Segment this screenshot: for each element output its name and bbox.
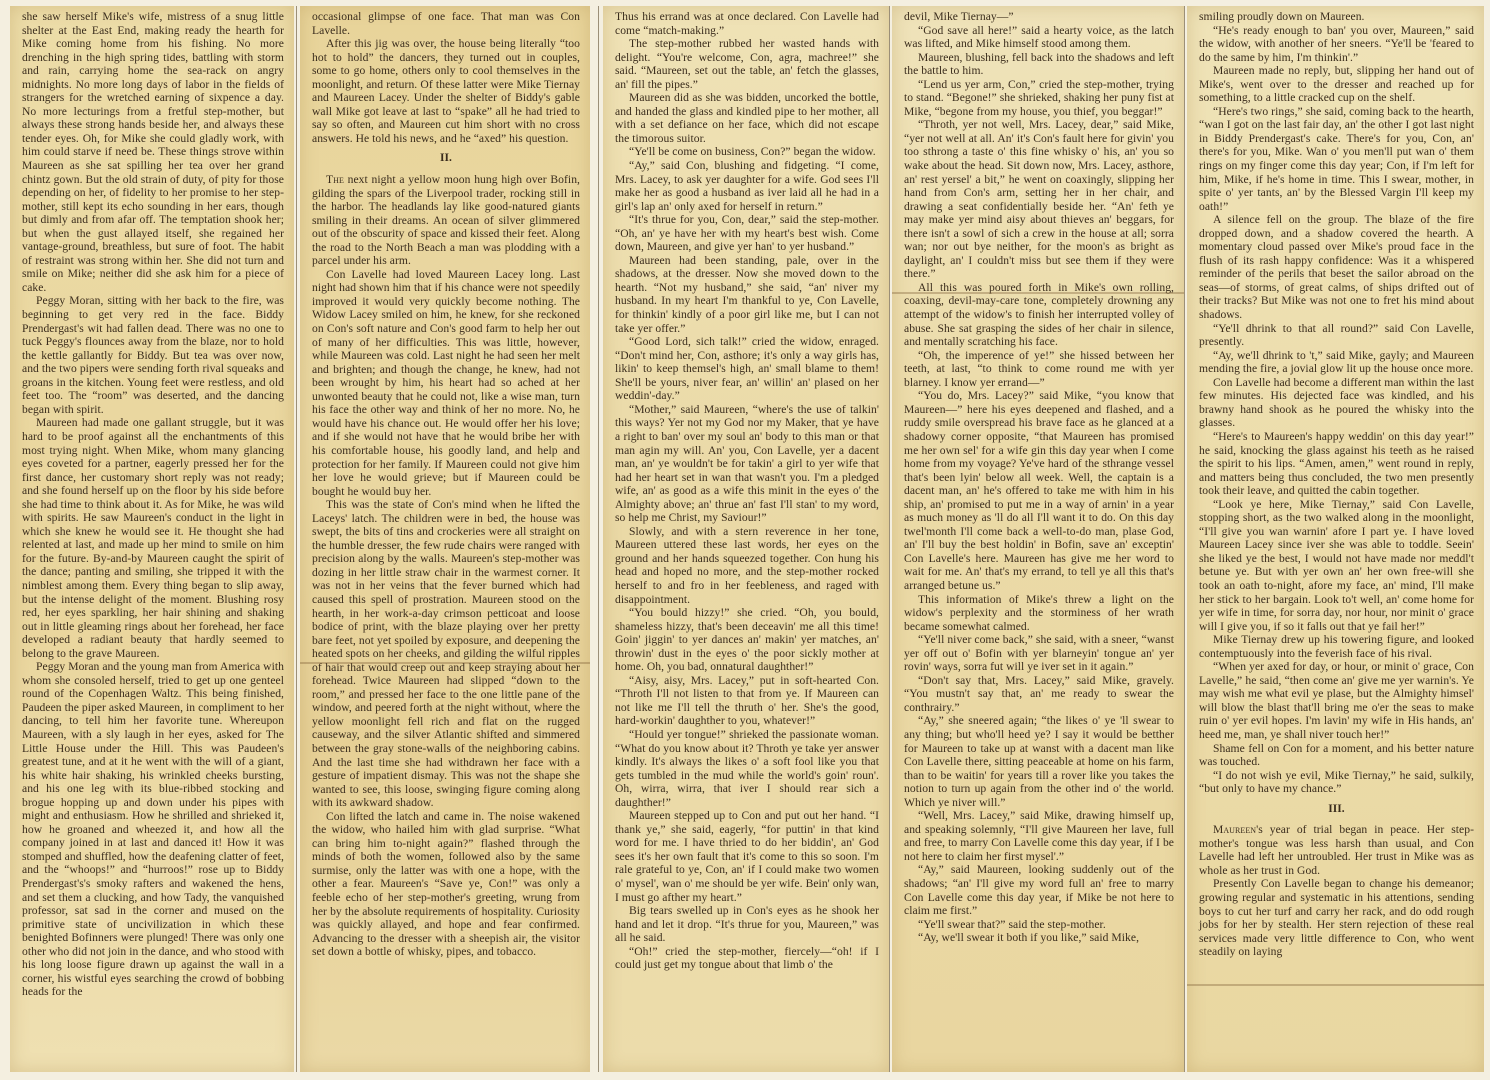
- paragraph: Maureen's year of trial began in peace. …: [1199, 823, 1474, 877]
- paragraph: All this was poured forth in Mike's own …: [904, 281, 1174, 349]
- paragraph: “Ye'll swear that?” said the step-mother…: [904, 918, 1174, 932]
- paragraph: occasional glimpse of one face. That man…: [312, 10, 580, 37]
- paragraph: “Ay, we'll swear it both if you like,” s…: [904, 931, 1174, 945]
- paragraph: A silence fell on the group. The blaze o…: [1199, 213, 1474, 321]
- paragraph: This was the state of Con's mind when he…: [312, 498, 580, 810]
- column-rule: [1184, 6, 1185, 1072]
- paragraph-text: “Throth, yer not well, Mrs. Lacey, dear,…: [904, 118, 1174, 280]
- paragraph: “Oh, the imperence of ye!” she hissed be…: [904, 349, 1174, 390]
- paragraph-text: “Ay, we'll swear it both if you like,” s…: [918, 931, 1139, 944]
- paragraph: “Mother,” said Maureen, “where's the use…: [615, 403, 879, 525]
- paragraph: Maureen made no reply, but, slipping her…: [1199, 64, 1474, 105]
- paragraph-text: “Here's two rings,” she said, coming bac…: [1199, 105, 1474, 213]
- paragraph: Con lifted the latch and came in. The no…: [312, 810, 580, 959]
- column-1: she saw herself Mike's wife, mistress of…: [10, 6, 294, 1072]
- paragraph-text: “Lend us yer arm, Con,” cried the step-m…: [904, 78, 1174, 118]
- paragraph-text: “Aisy, aisy, Mrs. Lacey,” put in soft-he…: [615, 674, 879, 728]
- paragraph: “Throth, yer not well, Mrs. Lacey, dear,…: [904, 118, 1174, 281]
- paragraph-text: Peggy Moran and the young man from Ameri…: [22, 660, 284, 998]
- paragraph-text: “Don't say that, Mrs. Lacey,” said Mike,…: [904, 674, 1174, 714]
- paragraph-text: “You do, Mrs. Lacey?” said Mike, “you kn…: [904, 389, 1174, 592]
- column-rule: [598, 6, 599, 1072]
- paragraph: Presently Con Lavelle began to change hi…: [1199, 877, 1474, 958]
- paragraph-text: Thus his errand was at once declared. Co…: [615, 10, 879, 37]
- column-5: smiling proudly down on Maureen.“He's re…: [1187, 6, 1484, 1072]
- paragraph: “Ye'll dhrink to that all round?” said C…: [1199, 322, 1474, 349]
- paragraph-text: “I do not wish ye evil, Mike Tiernay,” h…: [1199, 769, 1474, 796]
- paragraph: “He's ready enough to ban' you over, Mau…: [1199, 24, 1474, 65]
- paragraph: “Oh!” cried the step-mother, fiercely—“o…: [615, 945, 879, 972]
- paragraph: Peggy Moran, sitting with her back to th…: [22, 294, 284, 416]
- paragraph-text: “Ye'll dhrink to that all round?” said C…: [1199, 322, 1474, 349]
- paragraph: Slowly, and with a stern reverence in he…: [615, 525, 879, 606]
- paragraph-text: “Ay,” said Maureen, looking suddenly out…: [904, 863, 1174, 917]
- paragraph: Maureen had been standing, pale, over in…: [615, 254, 879, 335]
- paragraph-text: Con Lavelle had loved Maureen Lacey long…: [312, 268, 580, 498]
- paragraph: “Lend us yer arm, Con,” cried the step-m…: [904, 78, 1174, 119]
- paragraph-text: “Ye'll niver come back,” she said, with …: [904, 633, 1174, 673]
- paragraph: Mike Tiernay drew up his towering figure…: [1199, 633, 1474, 660]
- paragraph: “Ay,” said Maureen, looking suddenly out…: [904, 863, 1174, 917]
- paragraph: “Ye'll niver come back,” she said, with …: [904, 633, 1174, 674]
- paragraph-text: Maureen made no reply, but, slipping her…: [1199, 64, 1474, 104]
- paragraph: “Ay, we'll dhrink to 't,” said Mike, gay…: [1199, 349, 1474, 376]
- paragraph-text: “Ay, we'll dhrink to 't,” said Mike, gay…: [1199, 349, 1474, 376]
- paragraph-text: Con lifted the latch and came in. The no…: [312, 810, 580, 958]
- column-2: occasional glimpse of one face. That man…: [300, 6, 590, 1072]
- paragraph: Con Lavelle had become a different man w…: [1199, 376, 1474, 430]
- paragraph-text: “God save all here!” said a hearty voice…: [904, 24, 1174, 51]
- paragraph: devil, Mike Tiernay—”: [904, 10, 1174, 24]
- newspaper-page: she saw herself Mike's wife, mistress of…: [0, 0, 1490, 1080]
- column-3: Thus his errand was at once declared. Co…: [603, 6, 889, 1072]
- column-1-text: she saw herself Mike's wife, mistress of…: [10, 6, 294, 999]
- paragraph-text: All this was poured forth in Mike's own …: [904, 281, 1174, 348]
- column-4: devil, Mike Tiernay—”“God save all here!…: [892, 6, 1184, 1072]
- paragraph: Con Lavelle had loved Maureen Lacey long…: [312, 268, 580, 498]
- column-4-text: devil, Mike Tiernay—”“God save all here!…: [892, 6, 1184, 945]
- column-3-text: Thus his errand was at once declared. Co…: [603, 6, 889, 972]
- paragraph: she saw herself Mike's wife, mistress of…: [22, 10, 284, 294]
- paragraph: smiling proudly down on Maureen.: [1199, 10, 1474, 24]
- paragraph-text: Shame fell on Con for a moment, and his …: [1199, 742, 1474, 769]
- section-heading: II.: [312, 152, 580, 166]
- paragraph-text: Peggy Moran, sitting with her back to th…: [22, 294, 284, 415]
- small-caps-lead: The: [326, 173, 344, 186]
- paragraph-text: “He's ready enough to ban' you over, Mau…: [1199, 24, 1474, 64]
- paragraph-text: next night a yellow moon hung high over …: [312, 173, 580, 267]
- paragraph: “God save all here!” said a hearty voice…: [904, 24, 1174, 51]
- paragraph-text: “Hould yer tongue!” shrieked the passion…: [615, 728, 879, 809]
- paragraph-text: A silence fell on the group. The blaze o…: [1199, 213, 1474, 321]
- paragraph-text: “Ye'll be come on business, Con?” began …: [629, 145, 876, 158]
- paragraph-text: smiling proudly down on Maureen.: [1199, 10, 1365, 23]
- paragraph: “Ay,” said Con, blushing and fidgeting. …: [615, 159, 879, 213]
- paragraph: Big tears swelled up in Con's eyes as he…: [615, 904, 879, 945]
- paragraph-text: “Mother,” said Maureen, “where's the use…: [615, 403, 879, 524]
- paragraph-text: The step-mother rubbed her wasted hands …: [615, 37, 879, 91]
- paragraph: After this jig was over, the house being…: [312, 37, 580, 145]
- paragraph-text: “Ay,” she sneered again; “the likes o' y…: [904, 714, 1174, 808]
- paragraph-text: Maureen had made one gallant struggle, b…: [22, 416, 284, 659]
- paragraph-text: “It's thrue for you, Con, dear,” said th…: [615, 213, 879, 253]
- paragraph: Shame fell on Con for a moment, and his …: [1199, 742, 1474, 769]
- paragraph-text: “Here's to Maureen's happy weddin' on th…: [1199, 430, 1474, 497]
- paragraph-text: Mike Tiernay drew up his towering figure…: [1199, 633, 1474, 660]
- paragraph: Thus his errand was at once declared. Co…: [615, 10, 879, 37]
- paragraph: “Aisy, aisy, Mrs. Lacey,” put in soft-he…: [615, 674, 879, 728]
- paragraph: “Don't say that, Mrs. Lacey,” said Mike,…: [904, 674, 1174, 715]
- section-heading: III.: [1199, 803, 1474, 817]
- paragraph-text: “Well, Mrs. Lacey,” said Mike, drawing h…: [904, 809, 1174, 863]
- paragraph-text: “You bould hizzy!” she cried. “Oh, you b…: [615, 606, 879, 673]
- paragraph-text: Maureen had been standing, pale, over in…: [615, 254, 879, 335]
- paragraph-text: This information of Mike's threw a light…: [904, 593, 1174, 633]
- paragraph: “Ye'll be come on business, Con?” began …: [615, 145, 879, 159]
- paragraph-text: “Oh!” cried the step-mother, fiercely—“o…: [615, 945, 879, 972]
- paragraph: “It's thrue for you, Con, dear,” said th…: [615, 213, 879, 254]
- paragraph: “I do not wish ye evil, Mike Tiernay,” h…: [1199, 769, 1474, 796]
- paragraph-text: “Ay,” said Con, blushing and fidgeting. …: [615, 159, 879, 213]
- paragraph-text: Presently Con Lavelle began to change hi…: [1199, 877, 1474, 958]
- paragraph-text: “Look ye here, Mike Tiernay,” said Con L…: [1199, 498, 1474, 633]
- paragraph: Maureen stepped up to Con and put out he…: [615, 809, 879, 904]
- paragraph: “You do, Mrs. Lacey?” said Mike, “you kn…: [904, 389, 1174, 592]
- column-2-text: occasional glimpse of one face. That man…: [300, 6, 590, 959]
- paragraph-text: “When yer axed for day, or hour, or mini…: [1199, 660, 1474, 741]
- paragraph: “Look ye here, Mike Tiernay,” said Con L…: [1199, 498, 1474, 633]
- paragraph-text: “Oh, the imperence of ye!” she hissed be…: [904, 349, 1174, 389]
- paragraph-text: devil, Mike Tiernay—”: [904, 10, 1014, 23]
- paragraph: “Good Lord, sich talk!” cried the widow,…: [615, 335, 879, 403]
- column-rule: [296, 6, 297, 1072]
- paragraph: The next night a yellow moon hung high o…: [312, 173, 580, 268]
- paragraph: The step-mother rubbed her wasted hands …: [615, 37, 879, 91]
- paragraph: Maureen did as she was bidden, uncorked …: [615, 91, 879, 145]
- paragraph-text: she saw herself Mike's wife, mistress of…: [22, 10, 284, 294]
- paragraph-text: This was the state of Con's mind when he…: [312, 498, 580, 809]
- paragraph: “You bould hizzy!” she cried. “Oh, you b…: [615, 606, 879, 674]
- paragraph: Maureen had made one gallant struggle, b…: [22, 416, 284, 660]
- paragraph-text: Maureen stepped up to Con and put out he…: [615, 809, 879, 903]
- paragraph-text: After this jig was over, the house being…: [312, 37, 580, 145]
- paragraph-text: Slowly, and with a stern reverence in he…: [615, 525, 879, 606]
- paragraph: Peggy Moran and the young man from Ameri…: [22, 660, 284, 999]
- paragraph-text: Con Lavelle had become a different man w…: [1199, 376, 1474, 430]
- paragraph: This information of Mike's threw a light…: [904, 593, 1174, 634]
- paragraph-text: Maureen, blushing, fell back into the sh…: [904, 51, 1174, 78]
- paragraph-text: occasional glimpse of one face. That man…: [312, 10, 580, 37]
- paragraph: “Here's to Maureen's happy weddin' on th…: [1199, 430, 1474, 498]
- column-5-text: smiling proudly down on Maureen.“He's re…: [1187, 6, 1484, 959]
- paragraph: “Hould yer tongue!” shrieked the passion…: [615, 728, 879, 809]
- paragraph: “Well, Mrs. Lacey,” said Mike, drawing h…: [904, 809, 1174, 863]
- paragraph-text: Big tears swelled up in Con's eyes as he…: [615, 904, 879, 944]
- paragraph-text: “Good Lord, sich talk!” cried the widow,…: [615, 335, 879, 402]
- paragraph: Maureen, blushing, fell back into the sh…: [904, 51, 1174, 78]
- small-caps-lead: Maureen: [1213, 823, 1256, 836]
- column-rule: [889, 6, 890, 1072]
- paragraph: “Here's two rings,” she said, coming bac…: [1199, 105, 1474, 213]
- paragraph-text: Maureen did as she was bidden, uncorked …: [615, 91, 879, 145]
- paragraph: “Ay,” she sneered again; “the likes o' y…: [904, 714, 1174, 809]
- paragraph: “When yer axed for day, or hour, or mini…: [1199, 660, 1474, 741]
- paragraph-text: “Ye'll swear that?” said the step-mother…: [918, 918, 1106, 931]
